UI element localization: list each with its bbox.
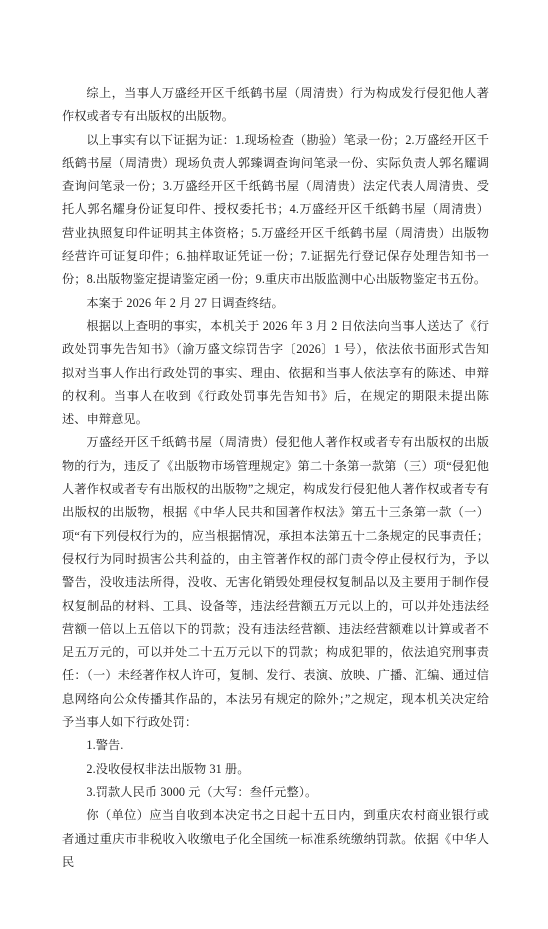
- paragraph-investigation-closed: 本案于 2026 年 2 月 27 日调查终结。: [62, 292, 489, 315]
- penalty-item-warning: 1.警告.: [62, 734, 489, 757]
- document-page: 综上，当事人万盛经开区千纸鹤书屋（周清贵）行为构成发行侵犯他人著作权或者专有出版…: [0, 0, 548, 929]
- paragraph-prior-notice: 根据以上查明的事实，本机关于 2026 年 3 月 2 日依法向当事人送达了《行…: [62, 315, 489, 431]
- penalty-item-fine: 3.罚款人民币 3000 元（大写：叁仟元整）。: [62, 781, 489, 804]
- paragraph-conclusion: 综上，当事人万盛经开区千纸鹤书屋（周清贵）行为构成发行侵犯他人著作权或者专有出版…: [62, 82, 489, 129]
- paragraph-payment-instruction: 你（单位）应当自收到本决定书之日起十五日内，到重庆农村商业银行或者通过重庆市非税…: [62, 804, 489, 874]
- paragraph-evidence-list: 以上事实有以下证据为证：1.现场检查（勘验）笔录一份；2.万盛经开区千纸鹤书屋（…: [62, 129, 489, 292]
- penalty-item-confiscation: 2.没收侵权非法出版物 31 册。: [62, 758, 489, 781]
- paragraph-legal-basis: 万盛经开区千纸鹤书屋（周清贵）侵犯他人著作权或者专有出版权的出版物的行为，违反了…: [62, 431, 489, 734]
- document-body: 综上，当事人万盛经开区千纸鹤书屋（周清贵）行为构成发行侵犯他人著作权或者专有出版…: [62, 82, 489, 874]
